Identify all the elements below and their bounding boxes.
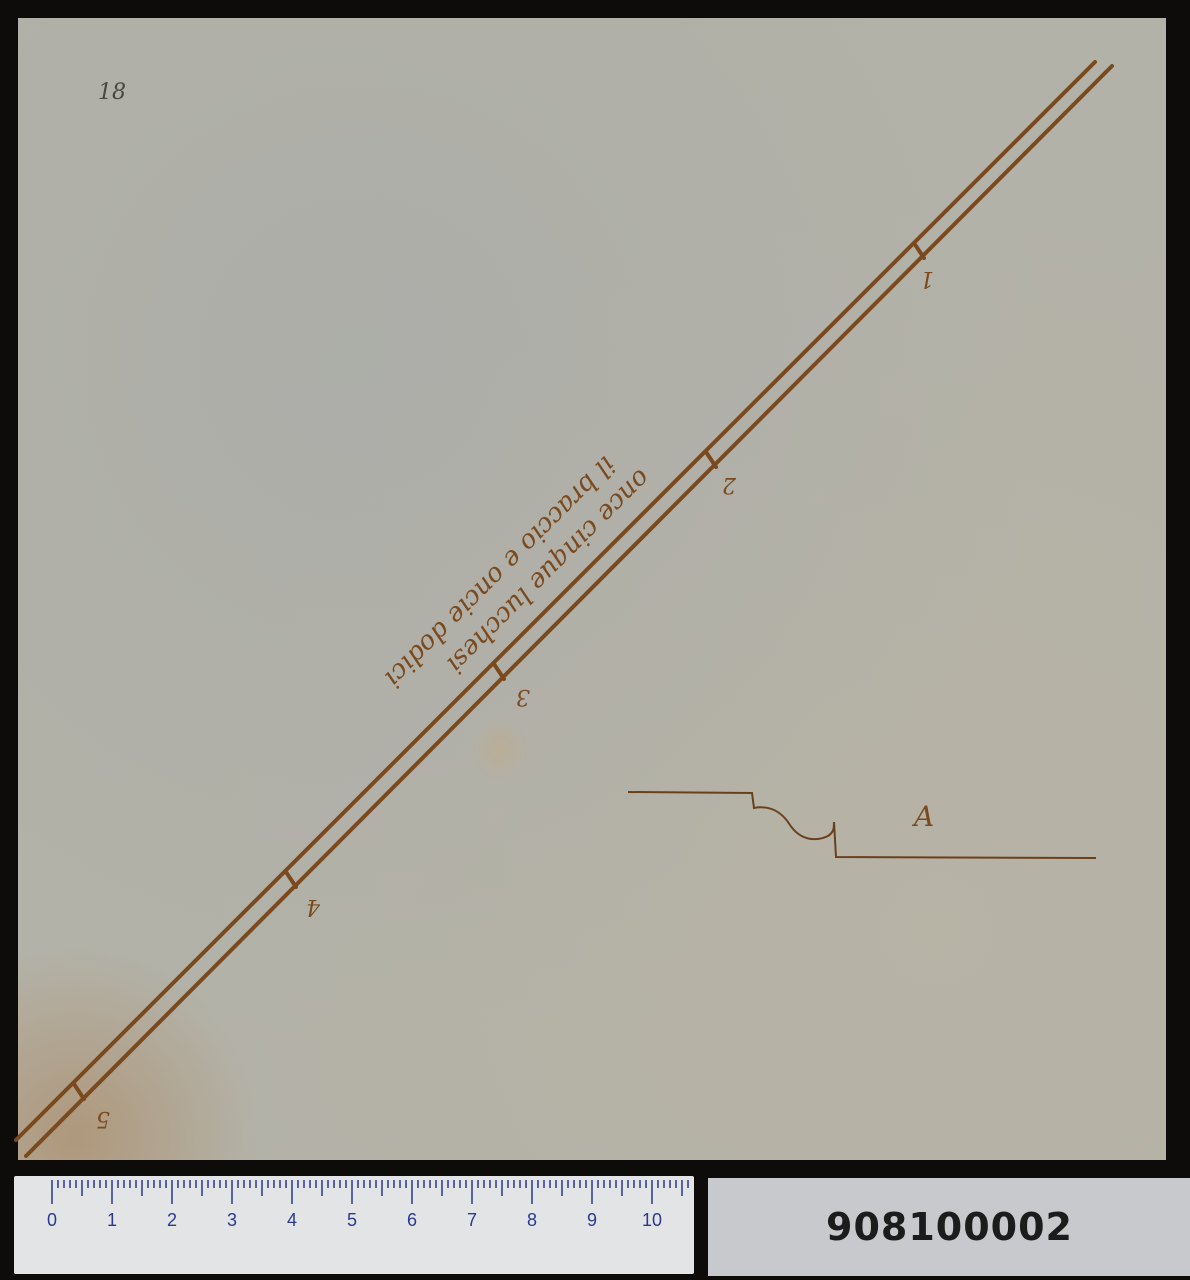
- catalog-label: 908100002: [708, 1178, 1190, 1276]
- ruler-label-3: 3: [227, 1210, 237, 1230]
- ruler-label-0: 0: [47, 1210, 57, 1230]
- cornice-profile: [628, 792, 1096, 858]
- ruler-label-1: 1: [107, 1210, 117, 1230]
- measurement-ruler: 0 1 2 3 4 5 6 7 8 9 10: [14, 1176, 694, 1274]
- catalog-id: 908100002: [826, 1205, 1073, 1249]
- scale-mark-4: 4: [306, 894, 321, 919]
- inscription-line-1: once cinque lucchesi: [440, 463, 656, 679]
- ruler-label-10: 10: [642, 1210, 662, 1230]
- ruler-label-6: 6: [407, 1210, 417, 1230]
- ruler-label-4: 4: [287, 1210, 297, 1230]
- profile-label: A: [911, 800, 934, 833]
- scale-mark-1: 1: [920, 266, 934, 291]
- scale-drawing: 1 2 3 4 5 once cinque lucchesi il bracci…: [0, 0, 1190, 1280]
- scale-mark-5: 5: [96, 1106, 110, 1131]
- ruler-label-9: 9: [587, 1210, 597, 1230]
- scale-mark-3: 3: [516, 684, 530, 709]
- ruler-label-8: 8: [527, 1210, 537, 1230]
- ruler-label-2: 2: [167, 1210, 177, 1230]
- scale-mark-2: 2: [722, 472, 737, 497]
- ruler-label-7: 7: [467, 1210, 477, 1230]
- ruler-label-5: 5: [347, 1210, 357, 1230]
